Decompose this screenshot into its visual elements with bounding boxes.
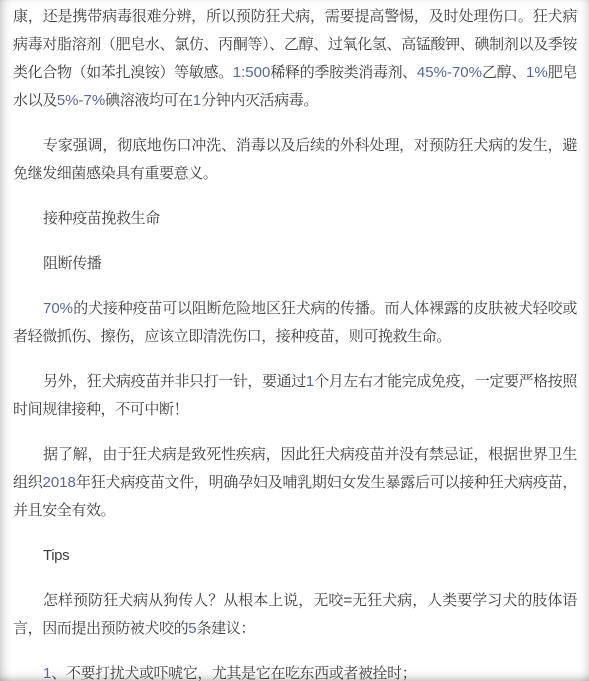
number-highlight: 1% [526,64,548,81]
text-segment: 年狂犬病疫苗文件，明确孕妇及哺乳期妇女发生暴露后可以接种狂犬病疫苗，并且安全有效… [13,474,577,519]
text-segment: 乙醇、 [482,64,526,81]
paragraph: Tips [13,542,577,570]
text-segment: 稀释的季胺类消毒剂、 [270,64,417,81]
number-highlight: 1:500 [233,64,271,81]
number-highlight: 2018 [42,474,75,491]
paragraph: 接种疫苗挽救生命 [13,205,577,233]
text-segment: 另外，狂犬病疫苗并非只打一针，要通过 [43,373,306,390]
paragraph: 康，还是携带病毒很难分辨，所以预防狂犬病，需要提高警惕，及时处理伤口。狂犬病病毒… [13,3,577,115]
number-highlight: 45%-70% [417,64,482,81]
text-segment: 阻断传播 [43,255,101,272]
number-highlight: 5 [188,620,196,637]
paragraph: 怎样预防狂犬病从狗传人？从根本上说，无咬=无狂犬病，人类要学习犬的肢体语言，因而… [13,587,577,643]
text-segment: 碘溶液均可在 [105,92,193,109]
text-segment: 分钟内灭活病毒。 [201,92,318,109]
text-segment: 、不要打扰犬或吓唬它，尤其是它在吃东西或者被拴时； [51,665,416,681]
paragraph: 70%的犬接种疫苗可以阻断危险地区狂犬病的传播。而人体裸露的皮肤被犬轻咬或者轻微… [13,295,577,351]
text-segment: 条建议： [197,620,255,637]
number-highlight: 70% [43,300,73,317]
number-highlight: 5%-7% [57,92,105,109]
text-segment: 的犬接种疫苗可以阻断危险地区狂犬病的传播。而人体裸露的皮肤被犬轻咬或者轻微抓伤、… [13,300,577,345]
text-segment: Tips [43,547,69,564]
paragraph: 1、不要打扰犬或吓唬它，尤其是它在吃东西或者被拴时； [13,660,577,681]
text-segment: 怎样预防狂犬病从狗传人？从根本上说，无咬=无狂犬病，人类要学习犬的肢体语言，因而… [13,592,577,637]
number-highlight: 1 [306,373,314,390]
paragraph: 阻断传播 [13,250,577,278]
paragraph: 另外，狂犬病疫苗并非只打一针，要通过1个月左右才能完成免疫，一定要严格按照时间规… [13,368,577,424]
paragraph: 据了解，由于狂犬病是致死性疾病，因此狂犬病疫苗并没有禁忌证，根据世界卫生组织20… [13,441,577,525]
text-segment: 专家强调，彻底地伤口冲洗、消毒以及后续的外科处理，对预防狂犬病的发生，避免继发细… [13,137,577,182]
paragraph: 专家强调，彻底地伤口冲洗、消毒以及后续的外科处理，对预防狂犬病的发生，避免继发细… [13,132,577,188]
text-segment: 接种疫苗挽救生命 [43,210,160,227]
number-highlight: 1 [193,92,201,109]
article-body: 康，还是携带病毒很难分辨，所以预防狂犬病，需要提高警惕，及时处理伤口。狂犬病病毒… [0,0,589,681]
article-page: 康，还是携带病毒很难分辨，所以预防狂犬病，需要提高警惕，及时处理伤口。狂犬病病毒… [0,0,589,681]
